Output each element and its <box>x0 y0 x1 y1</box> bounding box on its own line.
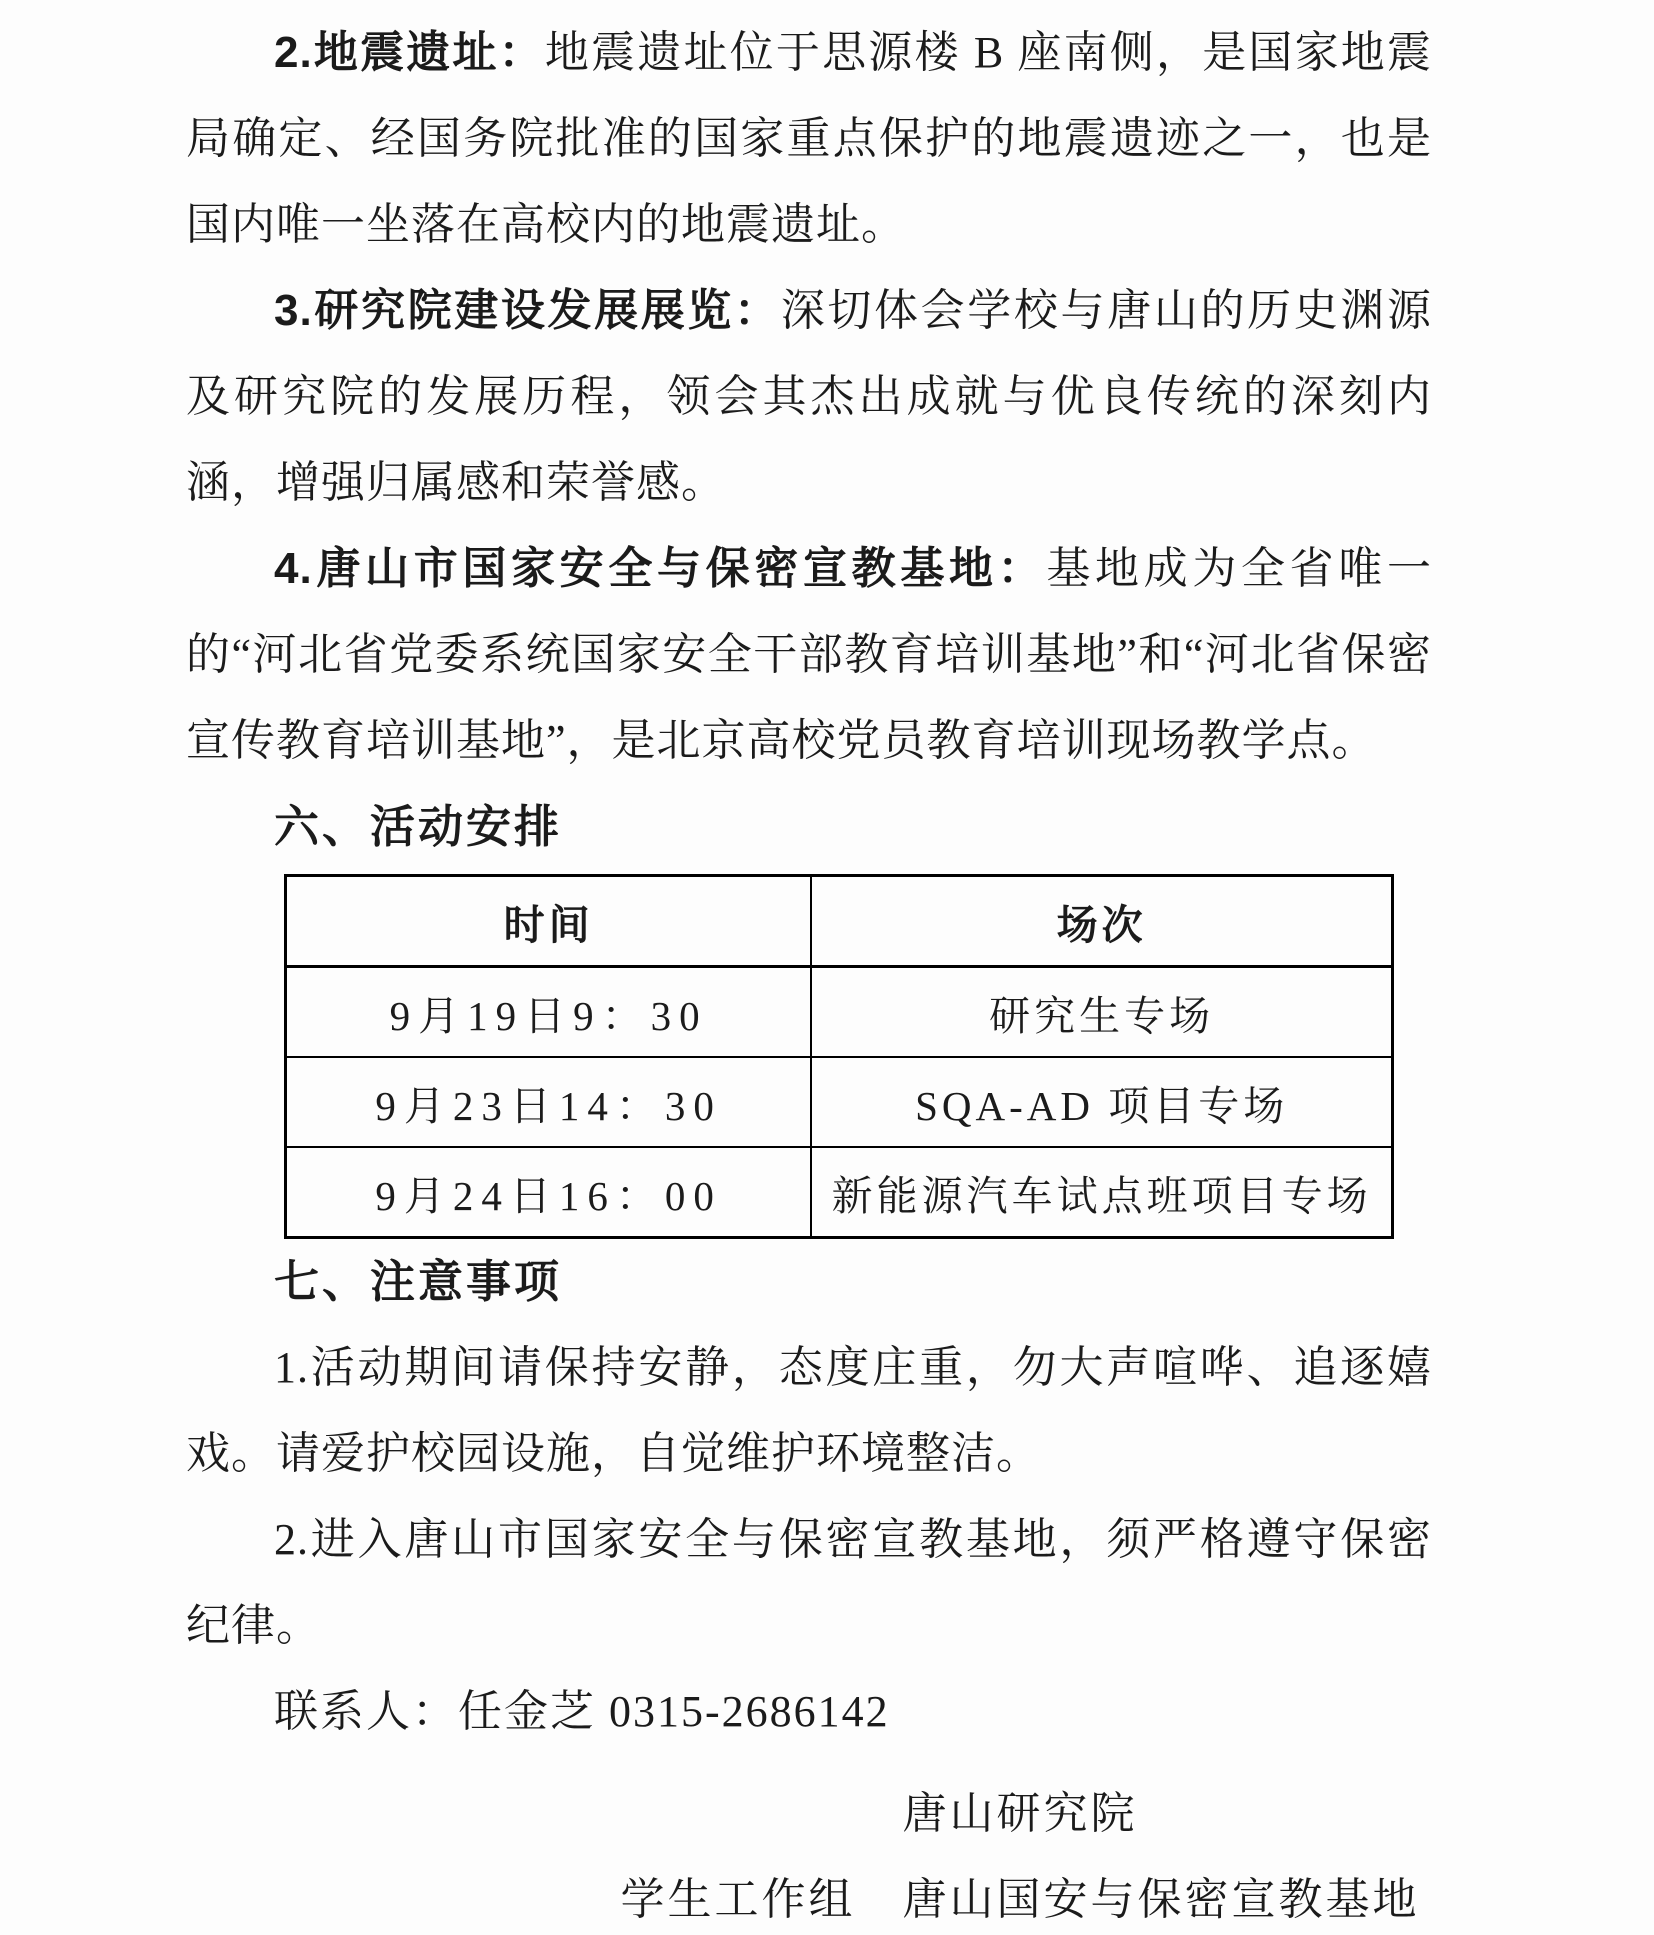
paragraph-attraction-4: 4.唐山市国家安全与保密宣教基地：基地成为全省唯一的“河北省党委系统国家安全干部… <box>186 526 1432 784</box>
session-cell: SQA-AD 项目专场 <box>811 1057 1392 1147</box>
attraction-label: 2.地震遗址： <box>274 28 545 77</box>
signature-block: 唐山研究院 学生工作组 唐山国安与保密宣教基地 <box>608 1771 1432 1935</box>
table-row: 9月19日9：30 研究生专场 <box>286 967 1393 1058</box>
table-row: 9月23日14：30 SQA-AD 项目专场 <box>286 1057 1393 1147</box>
time-cell: 9月24日16：00 <box>286 1147 812 1238</box>
contact-line: 联系人：任金芝 0315-2686142 <box>186 1669 1432 1755</box>
table-row: 9月24日16：00 新能源汽车试点班项目专场 <box>286 1147 1393 1238</box>
signature-org-2: 学生工作组 唐山国安与保密宣教基地 <box>608 1857 1432 1935</box>
paragraph-attraction-3: 3.研究院建设发展展览：深切体会学校与唐山的历史渊源及研究院的发展历程，领会其杰… <box>186 268 1432 526</box>
note-paragraph-1: 1.活动期间请保持安静，态度庄重，勿大声喧哗、追逐嬉戏。请爱护校园设施，自觉维护… <box>186 1325 1432 1497</box>
signature-org-1: 唐山研究院 <box>608 1771 1432 1857</box>
paragraph-attraction-2: 2.地震遗址：地震遗址位于思源楼 B 座南侧，是国家地震局确定、经国务院批准的国… <box>186 10 1432 268</box>
session-cell: 新能源汽车试点班项目专场 <box>811 1147 1392 1238</box>
attraction-label: 3.研究院建设发展展览： <box>274 286 781 335</box>
section-heading-notes: 七、注意事项 <box>186 1239 1432 1325</box>
table-header-row: 时间 场次 <box>286 876 1393 967</box>
attraction-label: 4.唐山市国家安全与保密宣教基地： <box>274 544 1046 593</box>
schedule-header-time: 时间 <box>286 876 812 967</box>
schedule-table: 时间 场次 9月19日9：30 研究生专场 9月23日14：30 SQA-AD … <box>284 874 1394 1239</box>
time-cell: 9月19日9：30 <box>286 967 812 1058</box>
note-paragraph-2: 2.进入唐山市国家安全与保密宣教基地，须严格遵守保密纪律。 <box>186 1497 1432 1669</box>
time-cell: 9月23日14：30 <box>286 1057 812 1147</box>
section-heading-schedule: 六、活动安排 <box>186 784 1432 870</box>
schedule-header-session: 场次 <box>811 876 1392 967</box>
document-page: 2.地震遗址：地震遗址位于思源楼 B 座南侧，是国家地震局确定、经国务院批准的国… <box>0 0 1654 1935</box>
session-cell: 研究生专场 <box>811 967 1392 1058</box>
